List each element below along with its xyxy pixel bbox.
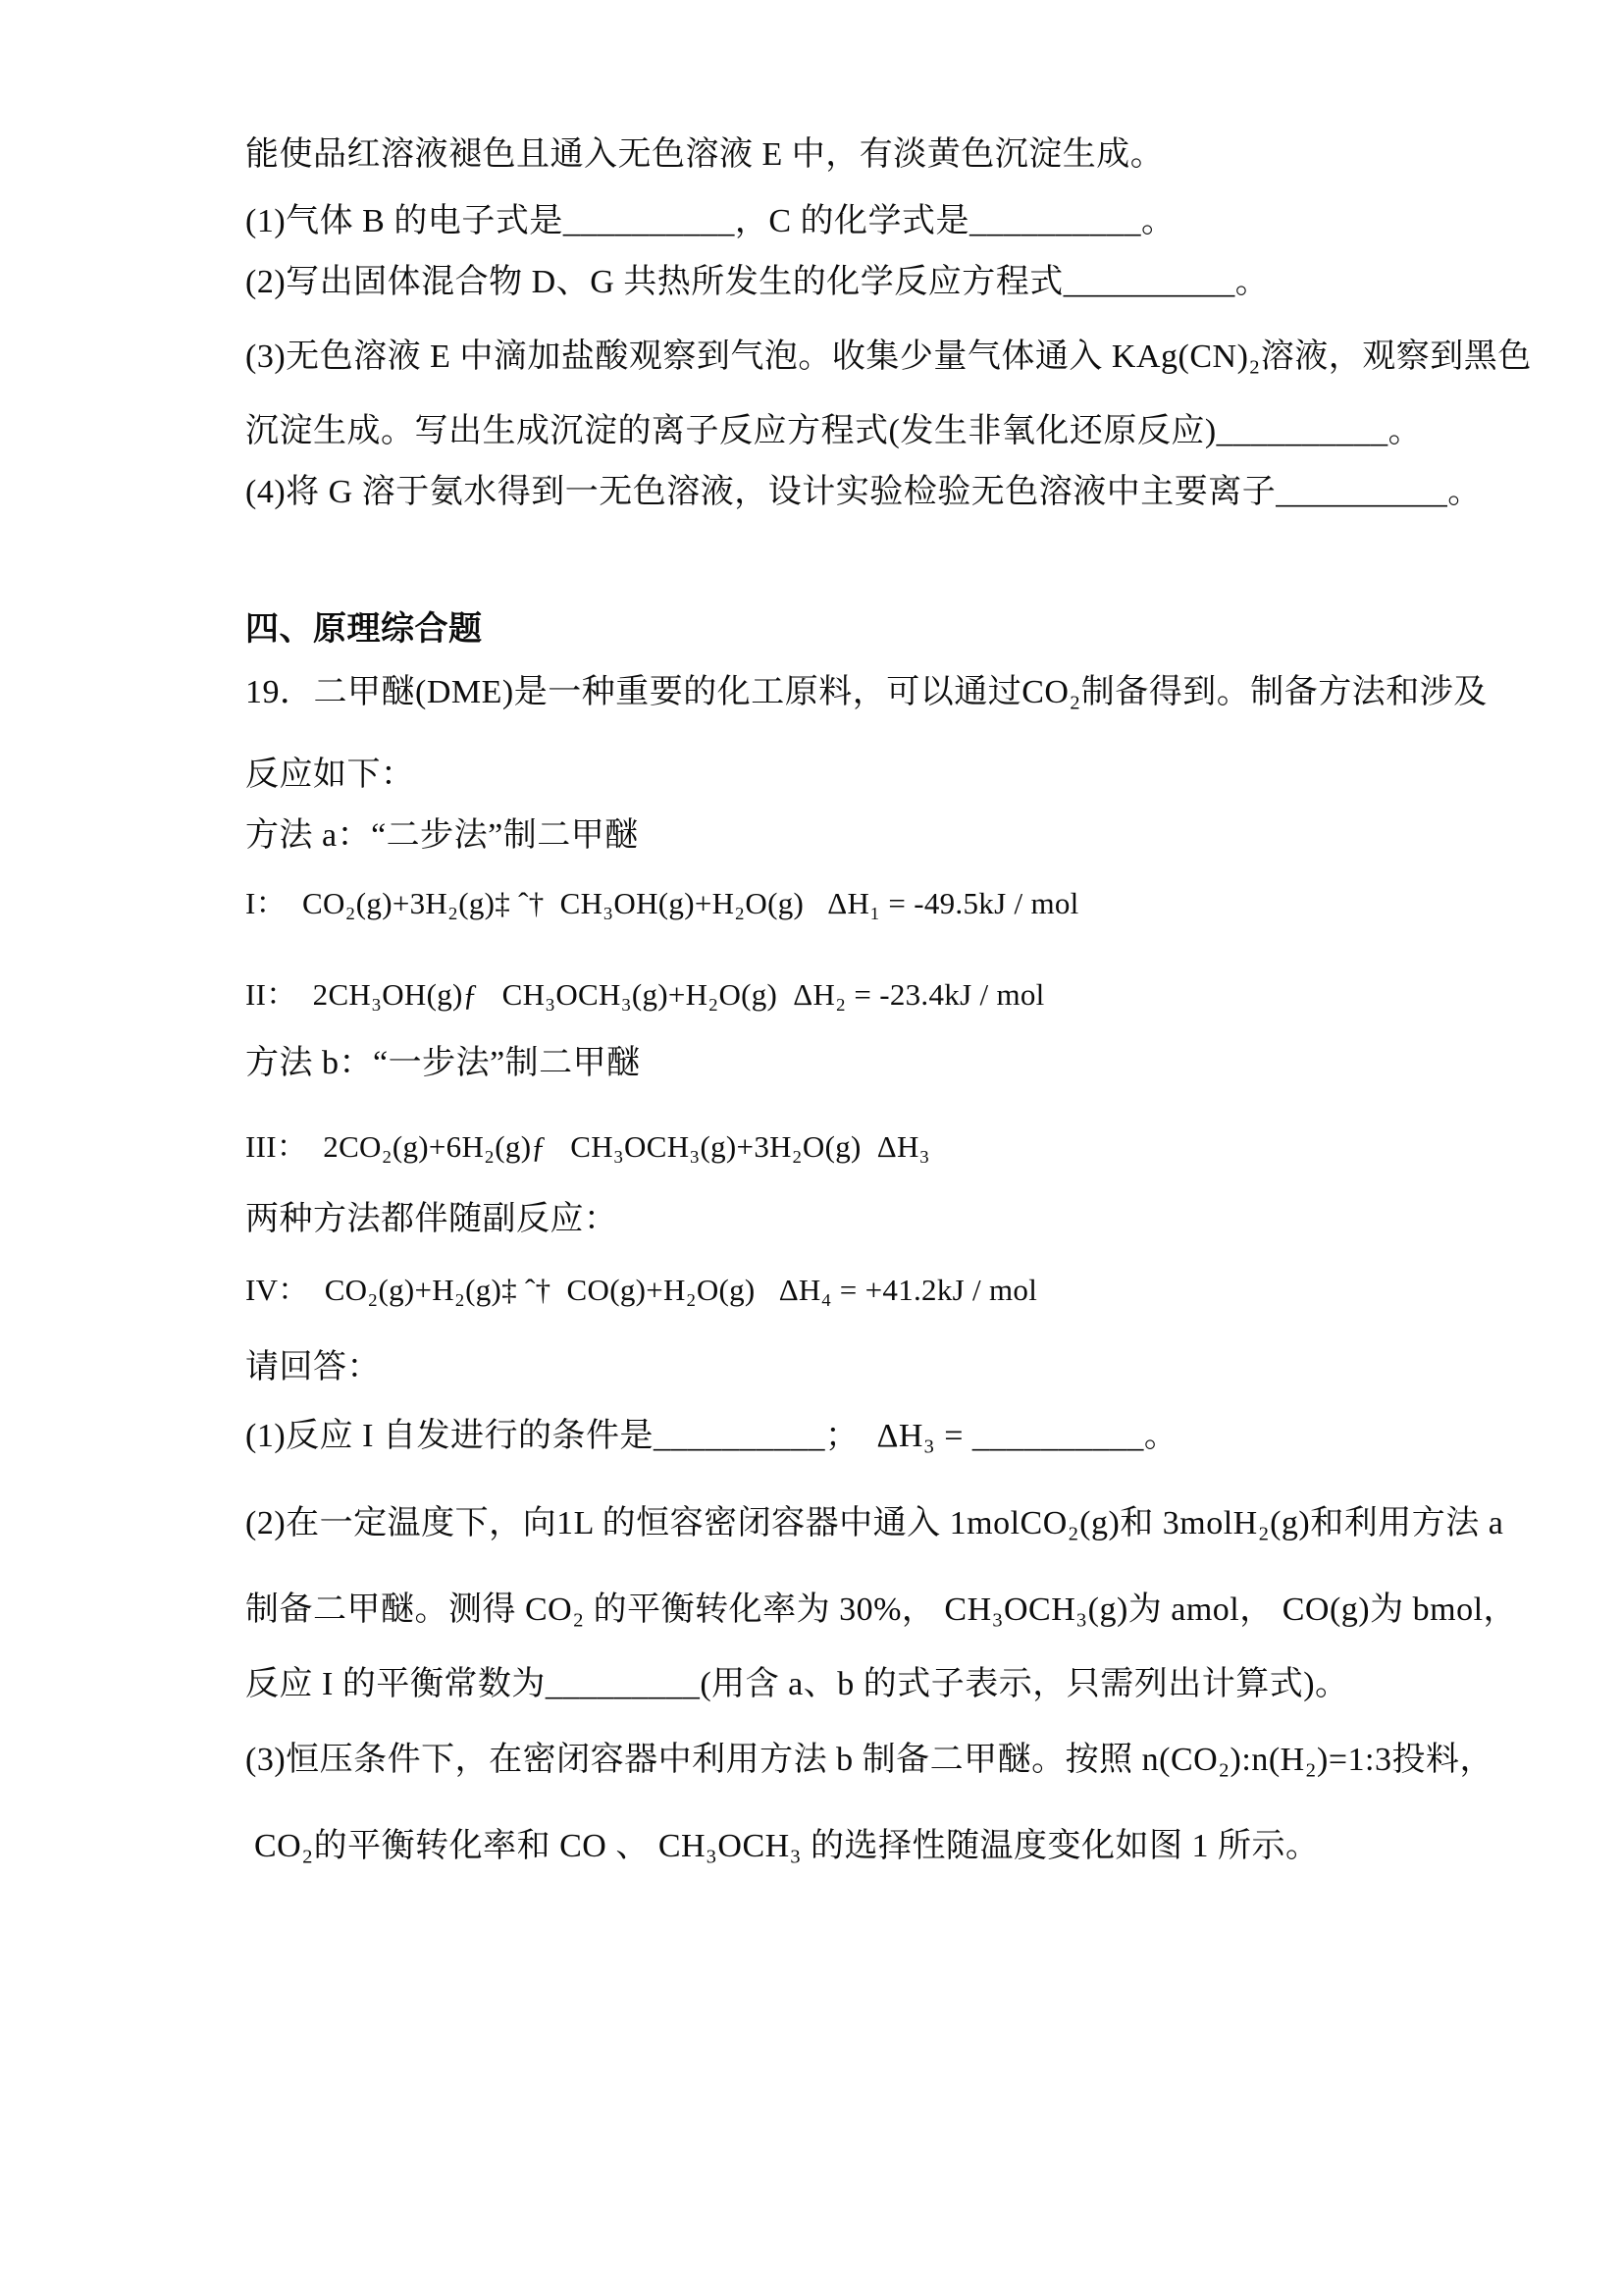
q19-part2-line3: 反应 I 的平衡常数为_________(用含 a、b 的式子表示，只需列出计算… [245, 1665, 1349, 1705]
q18-part3-line1: (3)无色溶液 E 中滴加盐酸观察到气泡。收集少量气体通入 KAg(CN)₂溶液… [245, 338, 1532, 378]
q19-reaction-2: II： 2CH₃OH(g)ƒ CH₃OCH₃(g)+H₂O(g) ΔH₂ = -… [245, 976, 1045, 1013]
section-heading: 四、原理综合题 [245, 610, 483, 651]
q19-reaction-1: I： CO₂(g)+3H₂(g)‡ ˆ† CH₃OH(g)+H₂O(g) ΔH₁… [245, 885, 1079, 921]
q18-intro-line: 能使品红溶液褪色且通入无色溶液 E 中，有淡黄色沉淀生成。 [245, 135, 1164, 176]
q19-part2-line1: (2)在一定温度下，向1L 的恒容密闭容器中通入 1molCO₂(g)和 3mo… [245, 1504, 1503, 1544]
q19-method-a-label: 方法 a：“二步法”制二甲醚 [245, 816, 639, 857]
q19-part2-line2: 制备二甲醚。测得 CO₂ 的平衡转化率为 30%， CH₃OCH₃(g)为 am… [245, 1591, 1517, 1631]
exam-document-page: 能使品红溶液褪色且通入无色溶液 E 中，有淡黄色沉淀生成。 (1)气体 B 的电… [0, 0, 1623, 2296]
q19-reaction-4: IV： CO₂(g)+H₂(g)‡ ˆ† CO(g)+H₂O(g) ΔH₄ = … [245, 1272, 1037, 1308]
q18-part3-line2: 沉淀生成。写出生成沉淀的离子反应方程式(发生非氧化还原反应)__________… [245, 412, 1422, 452]
q19-answer-prompt: 请回答： [245, 1348, 381, 1388]
q19-side-reaction-note: 两种方法都伴随副反应： [245, 1200, 618, 1240]
q19-stem-line2: 反应如下： [245, 756, 415, 796]
q18-part4: (4)将 G 溶于氨水得到一无色溶液，设计实验检验无色溶液中主要离子______… [245, 473, 1482, 513]
q19-part3-line2: CO₂的平衡转化率和 CO 、 CH₃OCH₃ 的选择性随温度变化如图 1 所示… [245, 1827, 1320, 1867]
q19-part3-line1: (3)恒压条件下，在密闭容器中利用方法 b 制备二甲醚。按照 n(CO₂):n(… [245, 1741, 1493, 1781]
q19-reaction-3: III： 2CO₂(g)+6H₂(g)ƒ CH₃OCH₃(g)+3H₂O(g) … [245, 1128, 930, 1165]
q18-part2: (2)写出固体混合物 D、G 共热所发生的化学反应方程式__________。 [245, 263, 1269, 303]
q19-method-b-label: 方法 b：“一步法”制二甲醚 [245, 1044, 641, 1084]
q18-part1: (1)气体 B 的电子式是__________，C 的化学式是_________… [245, 202, 1176, 242]
q19-part1: (1)反应 I 自发进行的条件是__________； ΔH₃ = ______… [245, 1417, 1178, 1457]
q19-stem-line1: 19．二甲醚(DME)是一种重要的化工原料，可以通过CO₂制备得到。制备方法和涉… [245, 673, 1488, 713]
